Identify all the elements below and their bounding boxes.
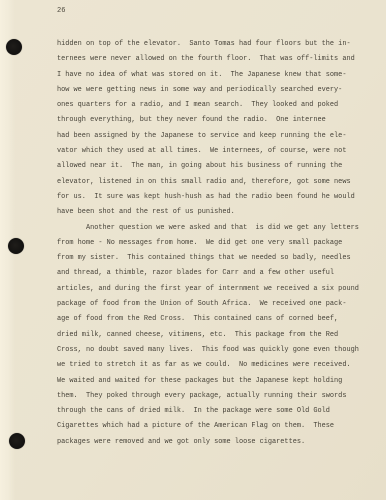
text-line: packages were removed and we got only so… xyxy=(57,435,372,450)
text-line: from my sister. This contained things th… xyxy=(57,251,372,266)
text-line: We waited and waited for these packages … xyxy=(57,374,372,389)
text-line: how we were getting news in some way and… xyxy=(57,83,372,98)
text-line: elevator, listened in on this small radi… xyxy=(57,175,372,190)
text-line: them. They poked through every package, … xyxy=(57,389,372,404)
document-text: hidden on top of the elevator. Santo Tom… xyxy=(57,37,372,450)
text-line: had been assigned by the Japanese to ser… xyxy=(57,129,372,144)
text-line: allowed near it. The man, in going about… xyxy=(57,159,372,174)
text-line: ones quarters for a radio, and I mean se… xyxy=(57,98,372,113)
text-line: from home - No messages from home. We di… xyxy=(57,236,372,251)
text-line: through everything, but they never found… xyxy=(57,113,372,128)
text-line: I have no idea of what was stored on it.… xyxy=(57,68,372,83)
hole-punch-dot xyxy=(6,39,22,55)
text-line: Cross, no doubt saved many lives. This f… xyxy=(57,343,372,358)
hole-punch-dot xyxy=(9,433,25,449)
text-line: Cigarettes which had a picture of the Am… xyxy=(57,419,372,434)
text-line: articles, and during the first year of i… xyxy=(57,282,372,297)
text-line: hidden on top of the elevator. Santo Tom… xyxy=(57,37,372,52)
text-line: package of food from the Union of South … xyxy=(57,297,372,312)
text-line: Another question we were asked and that … xyxy=(57,221,372,236)
text-line: for us. It sure was kept hush-hush as ha… xyxy=(57,190,372,205)
text-line: through the cans of dried milk. In the p… xyxy=(57,404,372,419)
text-line: have been shot and the rest of us punish… xyxy=(57,205,372,220)
text-line: vator which they used at all times. We i… xyxy=(57,144,372,159)
text-line: dried milk, canned cheese, vitimens, etc… xyxy=(57,328,372,343)
page-number: 26 xyxy=(57,7,65,15)
document-page: 26 hidden on top of the elevator. Santo … xyxy=(0,0,386,500)
hole-punch-dot xyxy=(8,238,24,254)
text-line: we tried to stretch it as far as we coul… xyxy=(57,358,372,373)
text-line: and thread, a thimble, razor blades for … xyxy=(57,266,372,281)
text-line: ternees were never allowed on the fourth… xyxy=(57,52,372,67)
text-line: age of food from the Red Cross. This con… xyxy=(57,312,372,327)
